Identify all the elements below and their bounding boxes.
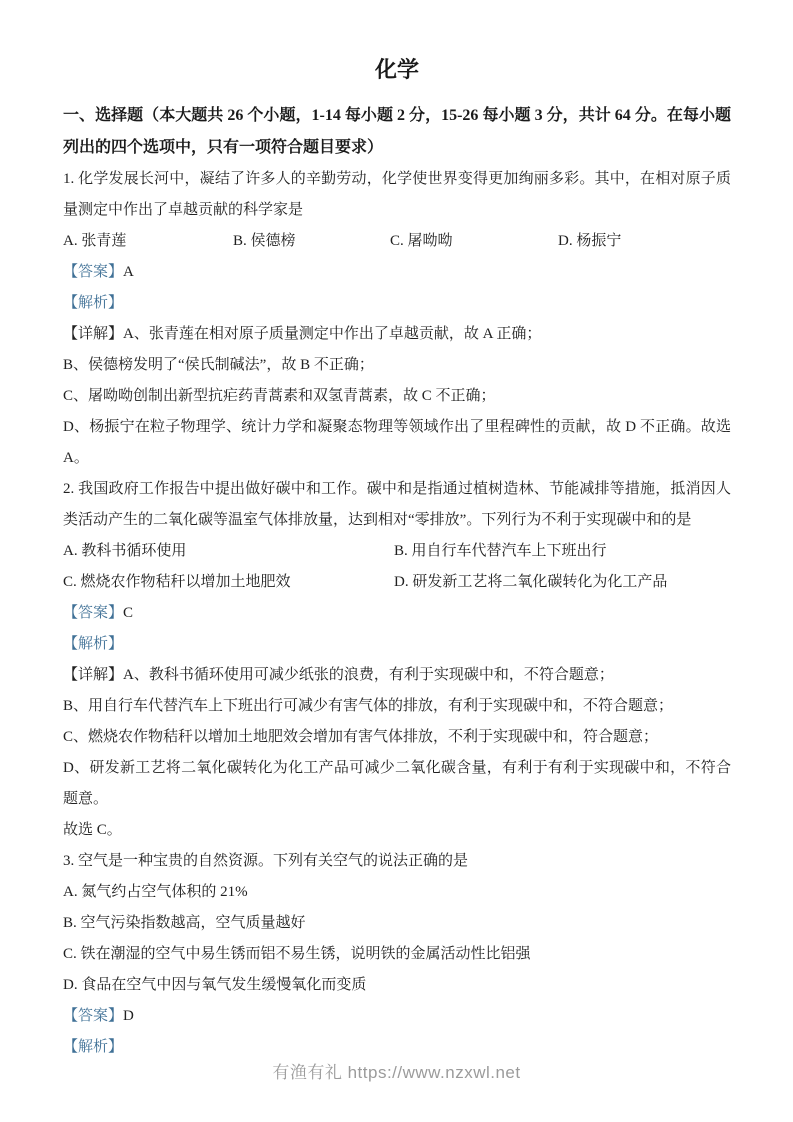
question-1-explanation-line: 【详解】A、张青莲在相对原子质量测定中作出了卓越贡献，故 A 正确； <box>63 319 731 350</box>
question-3-option-b: B. 空气污染指数越高，空气质量越好 <box>63 908 731 939</box>
question-2-explanation-line: D、研发新工艺将二氧化碳转化为化工产品可减少二氧化碳含量，有利于有利于实现碳中和… <box>63 753 731 815</box>
question-2-explanation-line: 【详解】A、教科书循环使用可减少纸张的浪费，有利于实现碳中和，不符合题意； <box>63 660 731 691</box>
question-3-option-d: D. 食品在空气中因与氧气发生缓慢氧化而变质 <box>63 970 731 1001</box>
question-3-option-a: A. 氮气约占空气体积的 21% <box>63 877 731 908</box>
question-1-explanation-line: C、屠呦呦创制出新型抗疟药青蒿素和双氢青蒿素，故 C 不正确； <box>63 381 731 412</box>
question-2-answer-line: 【答案】C <box>63 598 731 629</box>
question-3-options: A. 氮气约占空气体积的 21% B. 空气污染指数越高，空气质量越好 C. 铁… <box>63 877 731 1001</box>
answer-value: A <box>123 264 134 280</box>
question-3: 3. 空气是一种宝贵的自然资源。下列有关空气的说法正确的是 A. 氮气约占空气体… <box>63 846 731 1063</box>
question-1-explanation-line: D、杨振宁在粒子物理学、统计力学和凝聚态物理等领域作出了里程碑性的贡献，故 D … <box>63 412 731 474</box>
question-3-option-c: C. 铁在潮湿的空气中易生锈而铝不易生锈，说明铁的金属活动性比铝强 <box>63 939 731 970</box>
watermark-footer: 有渔有礼 https://www.nzxwl.net <box>0 1058 793 1083</box>
question-2: 2. 我国政府工作报告中提出做好碳中和工作。碳中和是指通过植树造林、节能减排等措… <box>63 474 731 846</box>
question-2-option-c: C. 燃烧农作物秸秆以增加土地肥效 <box>63 567 394 598</box>
question-1-option-a: A. 张青莲 <box>63 226 233 257</box>
section-heading: 一、选择题（本大题共 26 个小题，1-14 每小题 2 分，15-26 每小题… <box>63 100 731 164</box>
question-2-options: A. 教科书循环使用 B. 用自行车代替汽车上下班出行 C. 燃烧农作物秸秆以增… <box>63 536 731 598</box>
question-2-option-d: D. 研发新工艺将二氧化碳转化为化工产品 <box>394 567 731 598</box>
question-1-option-b: B. 侯德榜 <box>233 226 390 257</box>
question-1-analysis-label: 【解析】 <box>63 288 731 319</box>
question-1-stem: 1. 化学发展长河中，凝结了许多人的辛勤劳动，化学使世界变得更加绚丽多彩。其中，… <box>63 164 731 226</box>
answer-value: C <box>123 605 133 621</box>
question-1: 1. 化学发展长河中，凝结了许多人的辛勤劳动，化学使世界变得更加绚丽多彩。其中，… <box>63 164 731 474</box>
question-2-explanation-line: 故选 C。 <box>63 815 731 846</box>
question-2-option-a: A. 教科书循环使用 <box>63 536 394 567</box>
question-2-stem: 2. 我国政府工作报告中提出做好碳中和工作。碳中和是指通过植树造林、节能减排等措… <box>63 474 731 536</box>
question-1-option-d: D. 杨振宁 <box>558 226 731 257</box>
question-1-explanation-line: B、侯德榜发明了“侯氏制碱法”，故 B 不正确； <box>63 350 731 381</box>
question-3-answer-line: 【答案】D <box>63 1001 731 1032</box>
answer-label: 【答案】 <box>63 264 123 280</box>
question-1-options: A. 张青莲 B. 侯德榜 C. 屠呦呦 D. 杨振宁 <box>63 226 731 257</box>
answer-label: 【答案】 <box>63 605 123 621</box>
question-2-option-b: B. 用自行车代替汽车上下班出行 <box>394 536 731 567</box>
question-1-answer-line: 【答案】A <box>63 257 731 288</box>
question-1-option-c: C. 屠呦呦 <box>390 226 558 257</box>
question-2-explanation-line: C、燃烧农作物秸秆以增加土地肥效会增加有害气体排放，不利于实现碳中和，符合题意； <box>63 722 731 753</box>
answer-value: D <box>123 1008 134 1024</box>
answer-label: 【答案】 <box>63 1008 123 1024</box>
question-2-explanation-line: B、用自行车代替汽车上下班出行可减少有害气体的排放，有利于实现碳中和，不符合题意… <box>63 691 731 722</box>
document-page: 化学 一、选择题（本大题共 26 个小题，1-14 每小题 2 分，15-26 … <box>0 0 793 1122</box>
question-3-stem: 3. 空气是一种宝贵的自然资源。下列有关空气的说法正确的是 <box>63 846 731 877</box>
page-title: 化学 <box>63 54 731 86</box>
question-2-analysis-label: 【解析】 <box>63 629 731 660</box>
